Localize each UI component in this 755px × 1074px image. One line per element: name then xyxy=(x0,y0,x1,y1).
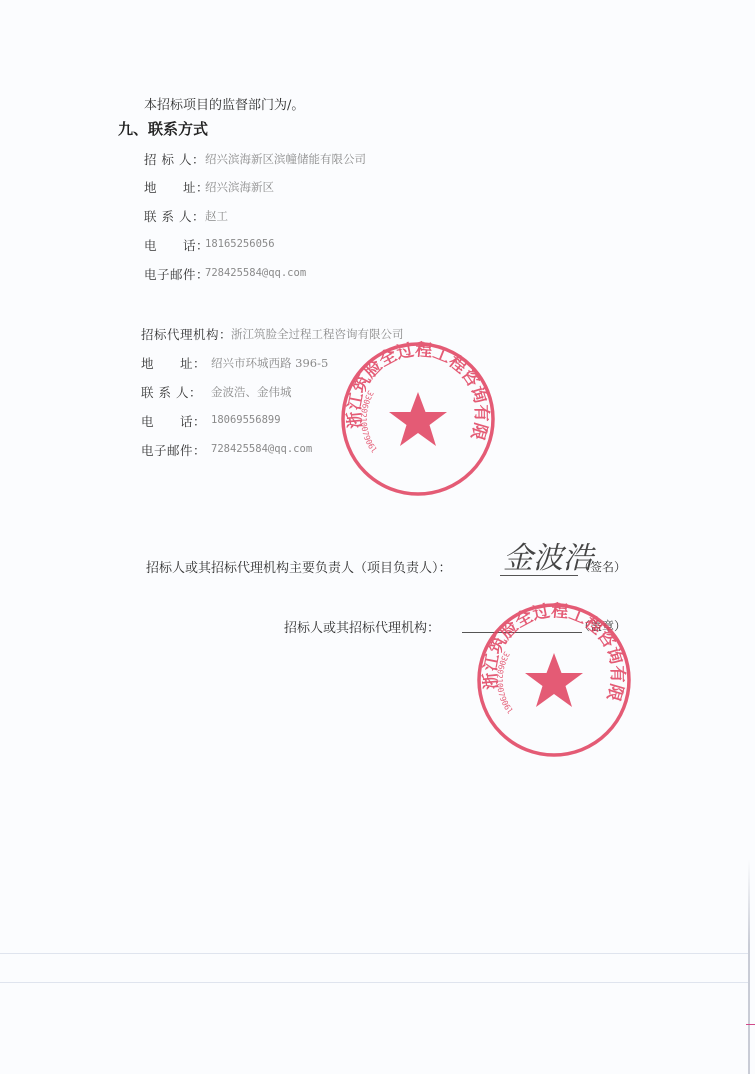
tenderer-phone-value: 18165256056 xyxy=(205,238,275,250)
tenderer-email-value: 728425584@qq.com xyxy=(205,267,306,279)
agency-name-label: 招标代理机构： xyxy=(141,325,232,343)
supervision-line: 本招标项目的监督部门为/。 xyxy=(144,94,304,113)
agency-address-value: 绍兴市环城西路 396-5 xyxy=(211,355,328,371)
tenderer-name-label: 招 标 人： xyxy=(144,150,205,168)
company-seal-bottom: 浙江筑脸全过程工程咨询有限公司 3306021007906l xyxy=(475,601,633,759)
tenderer-contact-label: 联 系 人： xyxy=(144,207,205,225)
seal-star-icon xyxy=(525,653,583,707)
company-seal-top: 浙江筑脸全过程工程咨询有限公司 3306021007906l xyxy=(339,340,497,498)
agency-phone-value: 18069556899 xyxy=(211,414,281,426)
stamp-label: 招标人或其招标代理机构： xyxy=(284,617,440,636)
tenderer-phone-label: 电 话： xyxy=(144,236,209,254)
signature-label: 招标人或其招标代理机构主要负责人（项目负责人）： xyxy=(146,557,452,576)
seal-star-icon xyxy=(389,392,447,446)
agency-contact-value: 金波浩、金伟城 xyxy=(211,384,292,400)
agency-address-label: 地 址： xyxy=(141,354,206,372)
tenderer-email-label: 电子邮件： xyxy=(144,265,209,283)
agency-phone-label: 电 话： xyxy=(141,412,206,430)
agency-contact-label: 联 系 人： xyxy=(141,383,202,401)
scan-artifact-mark xyxy=(746,1024,755,1025)
scan-artifact-line xyxy=(0,982,748,983)
tenderer-name-value: 绍兴滨海新区滨幢储能有限公司 xyxy=(205,151,366,167)
agency-email-value: 728425584@qq.com xyxy=(211,443,312,455)
section-heading: 九、联系方式 xyxy=(118,118,208,139)
tenderer-address-label: 地 址： xyxy=(144,178,209,196)
tenderer-contact-value: 赵工 xyxy=(205,208,228,224)
tenderer-address-value: 绍兴滨海新区 xyxy=(205,179,274,195)
page-edge xyxy=(748,0,750,1074)
signature-suffix: （签名） xyxy=(578,558,626,575)
scan-artifact-line xyxy=(0,953,748,954)
agency-email-label: 电子邮件： xyxy=(141,441,206,459)
